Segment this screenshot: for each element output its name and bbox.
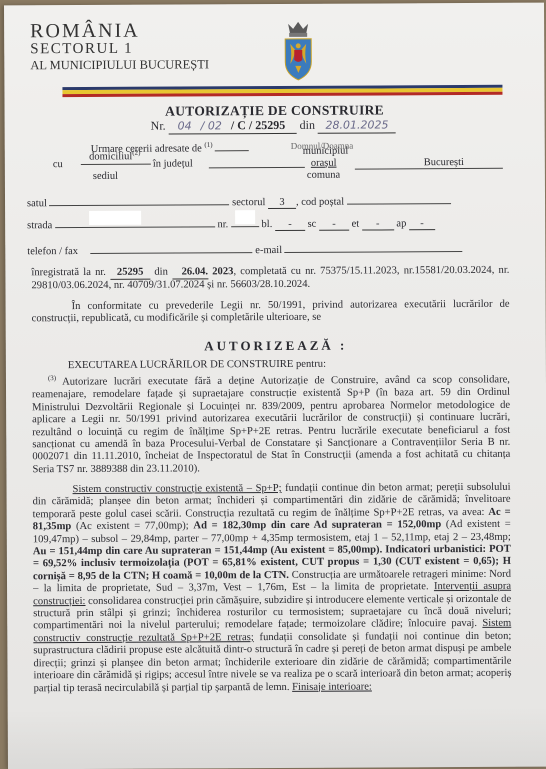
cu-label: cu: [53, 159, 63, 170]
nr-value: 04 / 02 / C / 25295: [169, 118, 297, 135]
nr-part2: / 02: [201, 119, 222, 132]
nr-field: [231, 216, 259, 227]
strada-field: [55, 216, 215, 228]
page-shadow: [8, 707, 546, 768]
works-heading: EXECUTAREA LUCRĂRILOR DE CONSTRUIRE: [68, 359, 294, 371]
redacted-street: [89, 211, 141, 225]
contact-line: telefon / fax e-mail: [27, 241, 463, 257]
authorization-number: Nr. 04 / 02 / C / 25295 din 28.01.2025: [151, 117, 396, 134]
comuna-label: comuna: [307, 170, 340, 181]
et-field: -: [362, 218, 394, 230]
existing-system-label: Sistem constructiv construcție existentă…: [73, 483, 282, 495]
footnote-1: (1): [204, 141, 212, 149]
domiciliul-label: domiciliul(2): [79, 149, 151, 163]
satul-line: satul sectorul 3, cod poștal: [27, 193, 451, 210]
tricolor-band: [62, 85, 502, 97]
redacted-number: [235, 210, 255, 224]
fraction-line: [81, 164, 151, 165]
telefon-field: [91, 242, 253, 254]
issuer-header: ROMÂNIA SECTORUL 1 AL MUNICIPIULUI BUCUR…: [30, 20, 209, 71]
satul-field: [49, 194, 229, 206]
technical-details: Sistem constructiv construcție existentă…: [33, 482, 512, 695]
header-country: ROMÂNIA: [30, 20, 209, 41]
sectorul-field: 3: [268, 197, 296, 209]
ap-field: -: [409, 218, 435, 230]
registration-paragraph: înregistrată la nr. 25295 din 26.04. 202…: [31, 265, 509, 293]
judet-label: în județul: [153, 158, 193, 169]
autorizeaza-heading: AUTORIZEAZĂ :: [6, 337, 546, 356]
issue-date: 28.01.2025: [318, 117, 396, 133]
municipiul-label: municipiul: [303, 146, 349, 157]
bucharest-coat-of-arms-icon: [282, 20, 314, 82]
bl-field: -: [275, 219, 305, 231]
nr-label: Nr.: [151, 119, 166, 133]
applicant-blank: [215, 140, 249, 151]
address-line: strada nr. bl. - sc - et - ap -: [27, 215, 435, 232]
email-field: [285, 241, 463, 253]
legal-basis-paragraph: În conformitate cu prevederile Legii nr.…: [32, 299, 510, 326]
finishes-label: Finisaje interioare:: [292, 681, 372, 692]
works-description: EXECUTAREA LUCRĂRILOR DE CONSTRUIRE pent…: [32, 358, 511, 477]
header-municipality: AL MUNICIPIULUI BUCUREȘTI: [30, 58, 209, 71]
sc-field: -: [319, 219, 349, 231]
orasul-label: orașul: [311, 158, 337, 169]
din-label: din: [300, 118, 315, 132]
nr-part1: 04: [178, 119, 192, 132]
nr-part3: / C / 25295: [231, 118, 285, 132]
document-page: ROMÂNIA SECTORUL 1 AL MUNICIPIULUI BUCUR…: [4, 3, 546, 768]
judet-field: [209, 167, 305, 169]
sediul-label: sediul: [93, 171, 118, 182]
header-sector: SECTORUL 1: [30, 41, 209, 57]
cod-postal-field: [347, 193, 451, 205]
city-field: București: [355, 157, 503, 170]
